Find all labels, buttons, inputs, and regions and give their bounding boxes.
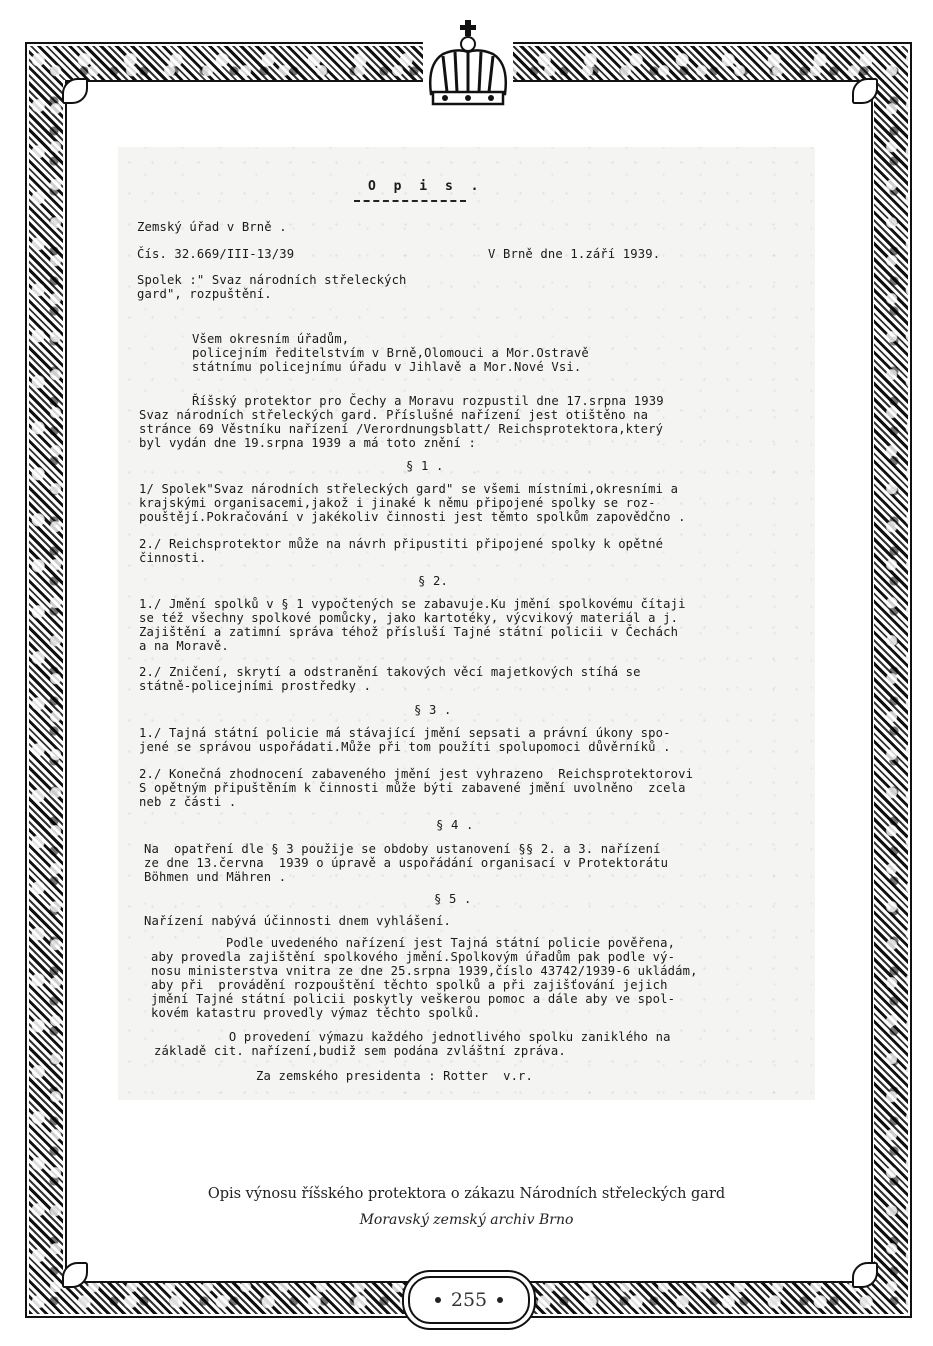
figure-source: Moravský zemský archiv Brno xyxy=(0,1212,933,1228)
figure-caption: Opis výnosu říšského protektora o zákazu… xyxy=(0,1186,933,1202)
section-heading: § 2. xyxy=(418,575,448,589)
section-line: jené se správou uspořádati.Může při tom … xyxy=(139,741,671,755)
intro-line: byl vydán dne 19.srpna 1939 a má toto zn… xyxy=(139,437,476,451)
closing-line: O provedení výmazu každého jednotlivého … xyxy=(154,1031,671,1045)
section-heading: § 3 . xyxy=(414,704,451,718)
section-line: pouštějí.Pokračování v jakékoliv činnost… xyxy=(139,511,686,525)
closing-line: aby při provádění rozpouštění těchto spo… xyxy=(151,979,668,993)
closing-line: jmění Tajné státní policii poskytly vešk… xyxy=(151,993,675,1007)
section-line: Zajištění a zatimní správa téhož přísluš… xyxy=(139,626,678,640)
ornament-dot-icon xyxy=(497,1297,503,1303)
section-line: 1./ Tajná státní policie má stávající jm… xyxy=(139,727,671,741)
intro-line: Svaz národních střeleckých gard. Přísluš… xyxy=(139,409,648,423)
section-heading: § 5 . xyxy=(434,893,471,907)
section-line: ze dne 13.června 1939 o úpravě a uspořád… xyxy=(144,857,668,871)
section-line: krajskými organisacemi,jakož i jinaké k … xyxy=(139,497,656,511)
closing-line: nosu ministerstva vnitra ze dne 25.srpna… xyxy=(151,965,698,979)
subject-line: gard", rozpuštění. xyxy=(137,288,272,302)
section-line: neb z části . xyxy=(139,796,236,810)
crown-icon xyxy=(423,14,513,110)
addressee-line: policejním ředitelstvím v Brně,Olomouci … xyxy=(192,347,589,361)
page-number: 255 xyxy=(451,1289,487,1311)
section-line: státně-policejními prostředky . xyxy=(139,680,371,694)
section-line: činnosti. xyxy=(139,552,206,566)
title-underline xyxy=(354,200,466,202)
closing-line: Podle uvedeného nařízení jest Tajná stát… xyxy=(151,937,675,951)
section-line: se též všechny spolkové pomůcky, jako ka… xyxy=(139,612,678,626)
addressee-line: státnímu policejnímu úřadu v Jihlavě a M… xyxy=(192,361,581,375)
signature-line: Za zemského presidenta : Rotter v.r. xyxy=(256,1070,533,1084)
section-line: a na Moravě. xyxy=(139,640,229,654)
section-line: Nařízení nabývá účinnosti dnem vyhlášení… xyxy=(144,915,451,929)
section-line: S opětným připuštěním k činnosti může bý… xyxy=(139,782,686,796)
closing-line: kovém katastru provedly výmaz těchto spo… xyxy=(151,1007,480,1021)
closing-line: aby provedla zajištění spolkového jmění.… xyxy=(151,951,675,965)
reference-number: Čís. 32.669/III-13/39 xyxy=(137,248,294,262)
section-line: Na opatření dle § 3 použije se obdoby us… xyxy=(144,843,661,857)
place-and-date: V Brně dne 1.září 1939. xyxy=(488,248,660,262)
section-line: 2./ Konečná zhodnocení zabaveného jmění … xyxy=(139,768,693,782)
subject-line: Spolek :" Svaz národních střeleckých xyxy=(137,274,407,288)
section-line: 2./ Reichsprotektor může na návrh připus… xyxy=(139,538,663,552)
ornament-dot-icon xyxy=(435,1297,441,1303)
section-line: 1/ Spolek"Svaz národních střeleckých gar… xyxy=(139,483,678,497)
intro-line: Říšský protektor pro Čechy a Moravu rozp… xyxy=(192,395,664,409)
section-line: Böhmen und Mähren . xyxy=(144,871,286,885)
page-number-cartouche: 255 xyxy=(408,1276,530,1324)
issuing-office: Zemský úřad v Brně . xyxy=(137,221,287,235)
section-line: 1./ Jmění spolků v § 1 vypočtených se za… xyxy=(139,598,686,612)
intro-line: stránce 69 Věstníku nařízení /Verordnung… xyxy=(139,423,663,437)
addressee-line: Všem okresním úřadům, xyxy=(192,333,349,347)
section-heading: § 1 . xyxy=(406,460,443,474)
scanned-document: O p i s . Zemský úřad v Brně . Čís. 32.6… xyxy=(118,147,815,1100)
section-line: 2./ Zničení, skrytí a odstranění takovýc… xyxy=(139,666,641,680)
closing-line: základě cit. nařízení,budiž sem podána z… xyxy=(154,1045,566,1059)
section-heading: § 4 . xyxy=(436,819,473,833)
document-title: O p i s . xyxy=(368,180,483,194)
